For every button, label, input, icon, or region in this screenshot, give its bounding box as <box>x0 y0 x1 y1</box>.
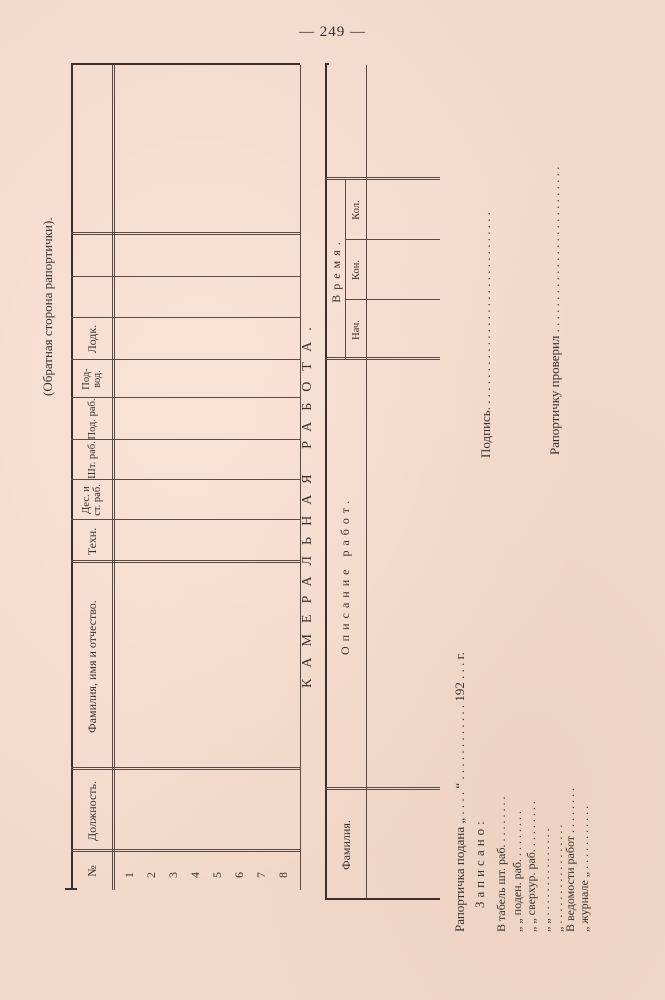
checked-by-line: Рапортичку проверил . . . . . . . . . . … <box>547 167 563 455</box>
column-header-des: Дес. и ст. раб. <box>72 480 112 520</box>
column-header-pod-vod: Под-вод. <box>72 360 112 398</box>
recorded-heading: Записано: <box>472 817 488 908</box>
recorded-line: „ „ поден. раб. . . . . . . . . <box>510 811 525 932</box>
column-header-time-qty: Кол. <box>346 180 366 240</box>
column-header-blank-3 <box>72 65 112 235</box>
row-number: 7 <box>254 865 269 885</box>
signature-line: Подпись. . . . . . . . . . . . . . . . .… <box>478 212 494 458</box>
column-header-description: Описание работ. <box>338 496 353 655</box>
column-header-no: № <box>72 852 112 890</box>
row-number: 8 <box>276 865 291 885</box>
recorded-line: В ведомости работ . . . . . . . . <box>563 788 578 932</box>
column-header-blank <box>326 65 366 180</box>
row-number: 3 <box>166 865 181 885</box>
row-number: 1 <box>122 865 137 885</box>
column-header-time-start: Нач. <box>346 300 366 360</box>
page-caption: (Обратная сторона рапортички). <box>40 217 56 396</box>
section-title: КАМЕРАЛЬНАЯ РАБОТА. <box>300 316 316 688</box>
column-header-blank-2 <box>72 235 112 277</box>
column-header-sht: Шт. раб. <box>72 440 112 480</box>
row-number: 5 <box>210 865 225 885</box>
column-header-pod-rab: Под. раб. <box>72 398 112 440</box>
rotated-form: (Обратная сторона рапортички). <box>0 0 665 1000</box>
recorded-line: „ журнале „ . . . . . . . . . . . <box>577 806 592 932</box>
row-number: 4 <box>188 865 203 885</box>
column-header-name: Фамилия, имя и отчество. <box>72 563 112 770</box>
column-header-blank-1 <box>72 277 112 318</box>
column-header-lodk: Лодк. <box>72 318 112 360</box>
column-header-tech: Техн. <box>72 520 112 563</box>
recorded-line: „ „ сверхур. раб. . . . . . . . . <box>524 801 539 932</box>
column-header-surname: Фамилия. <box>326 790 366 900</box>
row-number: 6 <box>232 865 247 885</box>
column-header-time: Время. <box>326 180 345 360</box>
recorded-line: В табель шт. раб. . . . . . . . . <box>494 797 509 932</box>
row-number: 2 <box>144 865 159 885</box>
submitted-line: Рапортичка подана „ . . . . “ . . . . . … <box>452 652 468 932</box>
column-header-position: Должность. <box>72 770 112 852</box>
column-header-time-end: Кон. <box>346 240 366 300</box>
